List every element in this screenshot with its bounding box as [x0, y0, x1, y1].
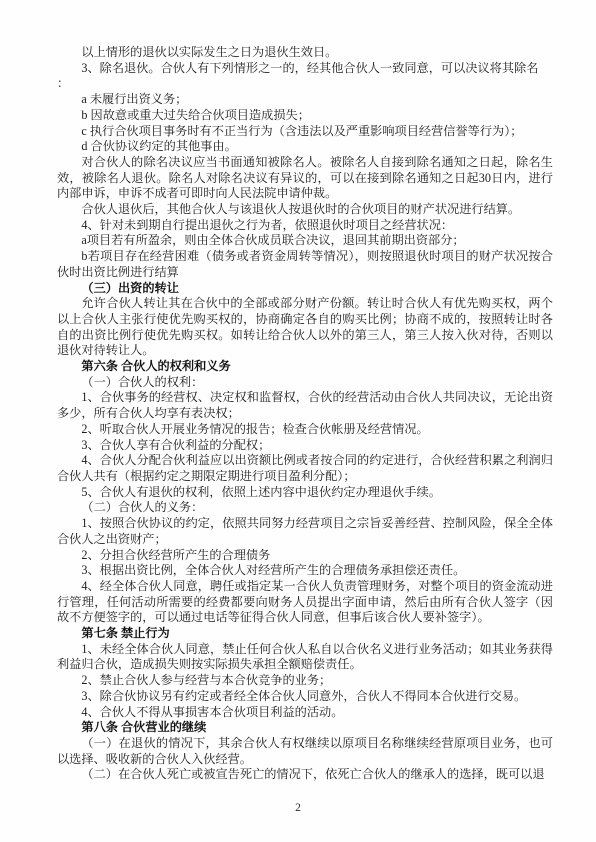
paragraph: 5、合伙人有退伙的权利，依照上述内容中退伙约定办理退伙手续。 [57, 485, 553, 501]
document-page: 以上情形的退伙以实际发生之日为退伙生效日。3、除名退伙。合伙人有下列情形之一的，… [0, 0, 596, 842]
paragraph: 合伙人退伙后，其他合伙人与该退伙人按退伙时的合伙项目的财产状况进行结算。 [57, 202, 553, 218]
paragraph: 对合伙人的除名决议应当书面通知被除名人。被除名人自接到除名通知之日起，除名生效，… [57, 155, 553, 202]
paragraph: b若项目存在经营困难（债务或者资金周转等情况），则按照退伙时项目的财产状况按合伙… [57, 249, 553, 280]
paragraph: 1、未经全体合伙人同意，禁止任何合伙人私自以合伙名义进行业务活动；如其业务获得利… [57, 642, 553, 673]
paragraph: a 未履行出资义务； [57, 92, 553, 108]
paragraph: 3、根据出资比例，全体合伙人对经营所产生的合理债务承担偿还责任。 [57, 563, 553, 579]
paragraph: 3、除合伙协议另有约定或者经全体合伙人同意外，合伙人不得同本合伙进行交易。 [57, 689, 553, 705]
paragraph: 1、按照合伙协议的约定，依照共同努力经营项目之宗旨妥善经营、控制风险，保全全体合… [57, 516, 553, 547]
paragraph: （二）合伙人的义务： [57, 500, 553, 516]
paragraph: 2、禁止合伙人参与经营与本合伙竞争的业务； [57, 673, 553, 689]
paragraph: 1、合伙事务的经营权、决定权和监督权，合伙的经营活动由合伙人共同决议，无论出资多… [57, 390, 553, 421]
section-heading: （三）出资的转让 [57, 281, 553, 297]
paragraph: （二）在合伙人死亡或被宣告死亡的情况下，依死亡合伙人的继承人的选择，既可以退 [57, 767, 553, 783]
paragraph: 4、合伙人不得从事损害本合伙项目利益的活动。 [57, 705, 553, 721]
paragraph: c 执行合伙项目事务时有不正当行为（含违法以及严重影响项目经营信誉等行为）； [57, 124, 553, 140]
paragraph: 2、分担合伙经营所产生的合理债务 [57, 548, 553, 564]
paragraph: 以上情形的退伙以实际发生之日为退伙生效日。 [57, 45, 553, 61]
paragraph: （一）合伙人的权利： [57, 375, 553, 391]
paragraph: d 合伙协议约定的其他事由。 [57, 139, 553, 155]
paragraph: 4、经全体合伙人同意，聘任或指定某一合伙人负责管理财务，对整个项目的资金流动进行… [57, 579, 553, 626]
paragraph: 4、针对未到期自行提出退伙之行为者，依照退伙时项目之经营状况： [57, 218, 553, 234]
section-heading: 第八条 合伙营业的继续 [57, 720, 553, 736]
paragraph: 3、合伙人享有合伙利益的分配权； [57, 438, 553, 454]
paragraph: b 因故意或重大过失给合伙项目造成损失； [57, 108, 553, 124]
paragraph: ： [57, 76, 553, 92]
paragraph: 2、听取合伙人开展业务情况的报告；检查合伙帐册及经营情况。 [57, 422, 553, 438]
page-footer: 2 [0, 798, 596, 816]
document-body: 以上情形的退伙以实际发生之日为退伙生效日。3、除名退伙。合伙人有下列情形之一的，… [57, 45, 553, 783]
section-heading: 第七条 禁止行为 [57, 626, 553, 642]
paragraph: （一）在退伙的情况下，其余合伙人有权继续以原项目名称继续经营原项目业务，也可以选… [57, 736, 553, 767]
paragraph: 3、除名退伙。合伙人有下列情形之一的，经其他合伙人一致同意，可以决议将其除名 [57, 61, 553, 77]
page-number: 2 [295, 802, 301, 814]
paragraph: a项目若有所盈余，则由全体合伙成员联合决议，退回其前期出资部分； [57, 233, 553, 249]
paragraph: 4、合伙人分配合伙利益应以出资额比例或者按合同的约定进行，合伙经营积累之利润归合… [57, 453, 553, 484]
section-heading: 第六条 合伙人的权利和义务 [57, 359, 553, 375]
paragraph: 允许合伙人转让其在合伙中的全部或部分财产份额。转让时合伙人有优先购买权，两个以上… [57, 296, 553, 359]
